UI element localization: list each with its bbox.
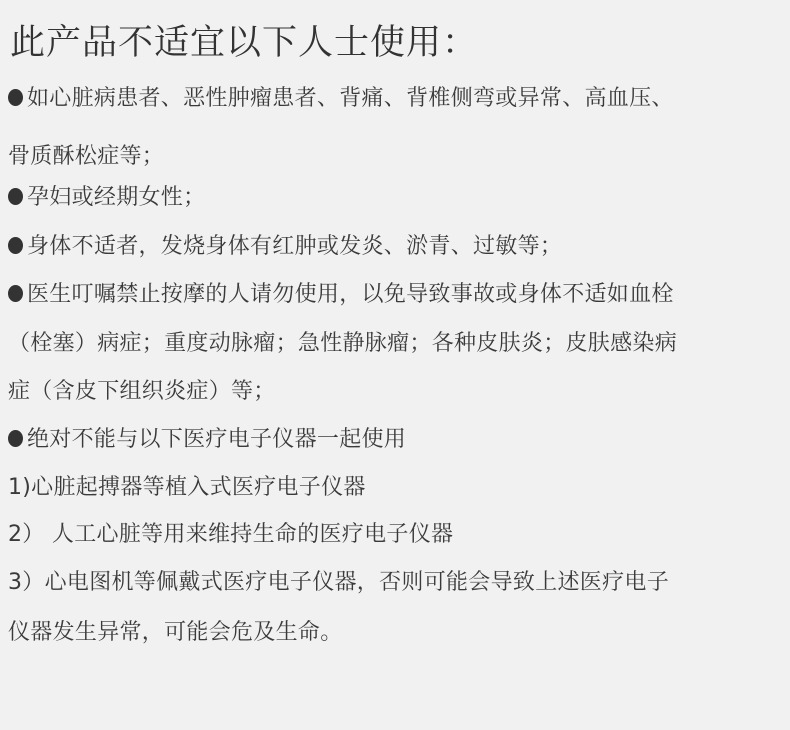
list-item-doctor-advice: 医生叮嘱禁止按摩的人请勿使用，以免导致事故或身体不适如血栓 <box>8 280 674 310</box>
list-item-text: 医生叮嘱禁止按摩的人请勿使用，以免导致事故或身体不适如血栓 <box>27 282 674 307</box>
numbered-item-ecg: 3）心电图机等佩戴式医疗电子仪器，否则可能会导致上述医疗电子 <box>8 568 669 598</box>
numbered-item-text: 2） 人工心脏等用来维持生命的医疗电子仪器 <box>8 522 453 547</box>
bullet-icon <box>8 237 23 254</box>
list-item-text: 绝对不能与以下医疗电子仪器一起使用 <box>27 427 406 452</box>
page-title: 此产品不适宜以下人士使用： <box>10 18 478 68</box>
product-warning-document: 此产品不适宜以下人士使用： 如心脏病患者、恶性肿瘤患者、背痛、背椎侧弯或异常、高… <box>0 0 790 730</box>
list-item-continuation: 骨质酥松症等； <box>8 142 164 172</box>
numbered-item-text: 1)心脏起搏器等植入式医疗电子仪器 <box>8 475 366 500</box>
bullet-icon <box>8 430 23 447</box>
list-item-pregnant: 孕妇或经期女性； <box>8 183 205 213</box>
bullet-icon <box>8 89 23 106</box>
numbered-item-continuation: 仪器发生异常，可能会危及生命。 <box>8 618 343 648</box>
list-item-heart-disease: 如心脏病患者、恶性肿瘤患者、背痛、背椎侧弯或异常、高血压、 <box>8 84 674 114</box>
numbered-item-artificial-heart: 2） 人工心脏等用来维持生命的医疗电子仪器 <box>8 520 453 550</box>
list-item-text: 症（含皮下组织炎症）等； <box>8 379 276 404</box>
list-item-text: 身体不适者，发烧身体有红肿或发炎、淤青、过敏等； <box>27 234 562 259</box>
list-item-unwell: 身体不适者，发烧身体有红肿或发炎、淤青、过敏等； <box>8 232 562 262</box>
list-item-text: 孕妇或经期女性； <box>27 185 205 210</box>
bullet-icon <box>8 188 23 205</box>
bullet-icon <box>8 285 23 302</box>
list-item-medical-devices: 绝对不能与以下医疗电子仪器一起使用 <box>8 425 406 455</box>
list-item-text: （栓塞）病症；重度动脉瘤；急性静脉瘤；各种皮肤炎；皮肤感染病 <box>8 331 677 356</box>
list-item-text: 如心脏病患者、恶性肿瘤患者、背痛、背椎侧弯或异常、高血压、 <box>27 86 674 111</box>
list-item-continuation: （栓塞）病症；重度动脉瘤；急性静脉瘤；各种皮肤炎；皮肤感染病 <box>8 329 677 359</box>
list-item-continuation: 症（含皮下组织炎症）等； <box>8 377 276 407</box>
numbered-item-text: 3）心电图机等佩戴式医疗电子仪器，否则可能会导致上述医疗电子 <box>8 570 669 595</box>
numbered-item-text: 仪器发生异常，可能会危及生命。 <box>8 620 343 645</box>
list-item-text: 骨质酥松症等； <box>8 144 164 169</box>
numbered-item-pacemaker: 1)心脏起搏器等植入式医疗电子仪器 <box>8 473 366 503</box>
